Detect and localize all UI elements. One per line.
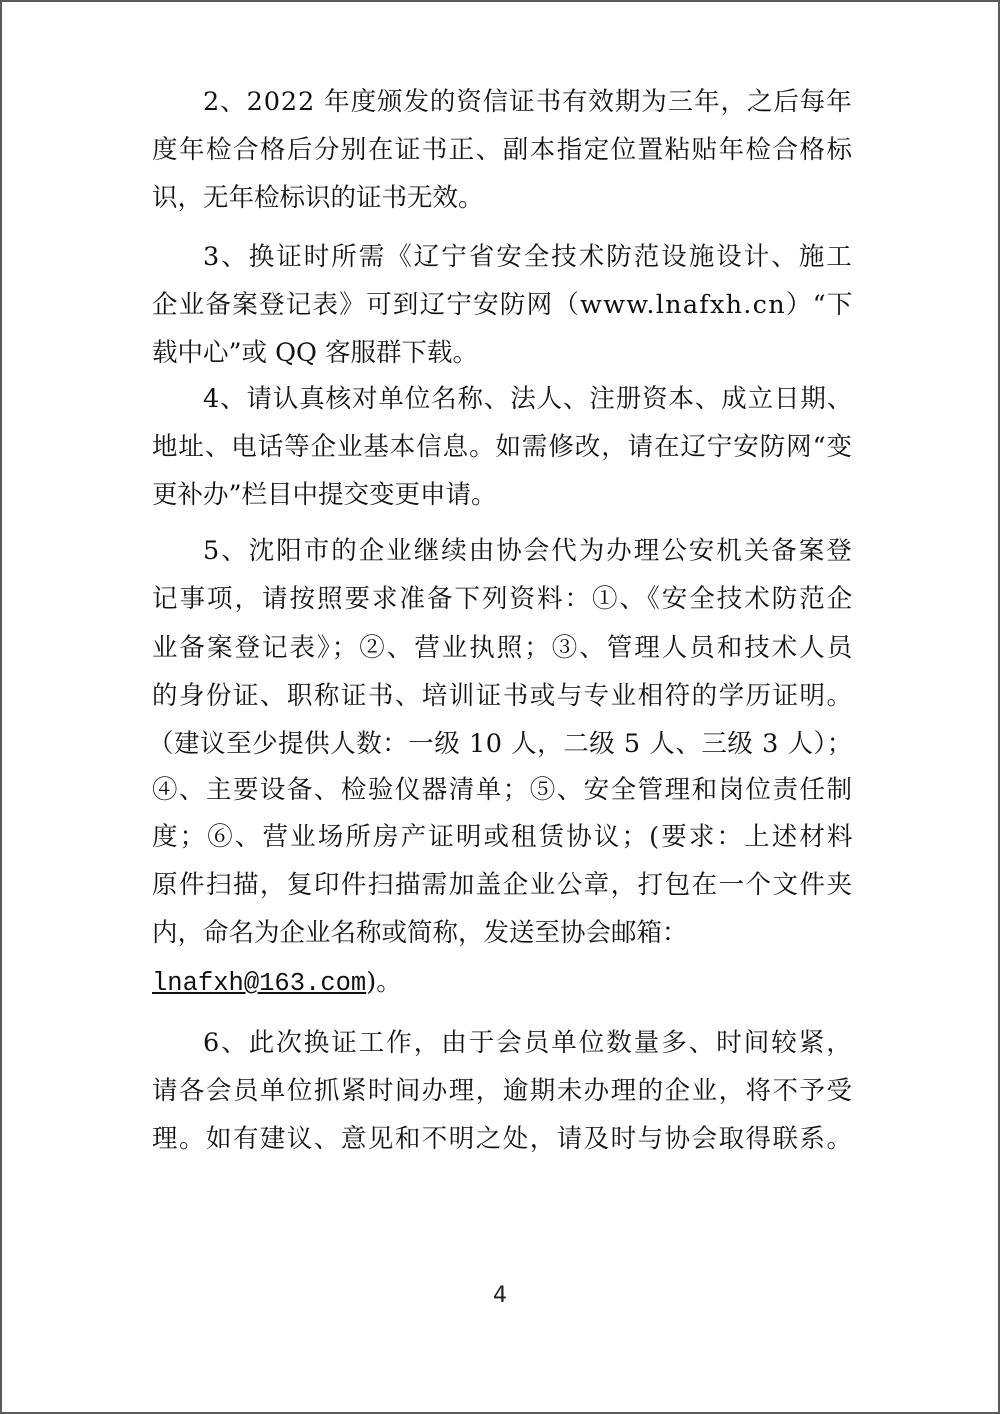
para-6-line-3: 理。如有建议、意见和不明之处，请及时与协会取得联系。 bbox=[152, 1119, 853, 1155]
page-number: 4 bbox=[0, 1283, 1000, 1308]
para-5-line-7: 度；⑥、营业场所房产证明或租赁协议；(要求：上述材料 bbox=[152, 817, 855, 853]
para-5-line-5: （建议至少提供人数：一级 10 人，二级 5 人、三级 3 人）； bbox=[148, 724, 853, 760]
para-5-line-6: ④、主要设备、检验仪器清单；⑤、安全管理和岗位责任制 bbox=[152, 770, 853, 806]
para-3-line-2: 企业备案登记表》可到辽宁安防网（www.lnafxh.cn）“下 bbox=[152, 285, 854, 321]
email-link[interactable]: lnafxh@163.com bbox=[152, 969, 366, 998]
para-5-line-9: 内，命名为企业名称或简称，发送至协会邮箱： bbox=[152, 913, 688, 949]
para-5-line-2: 记事项，请按照要求准备下列资料：①、《安全技术防范企 bbox=[152, 579, 854, 615]
para-5-line-3: 业备案登记表》；②、营业执照；③、管理人员和技术人员 bbox=[152, 628, 854, 664]
para-4-line-1: 4、请认真核对单位名称、法人、注册资本、成立日期、 bbox=[203, 379, 853, 415]
para-5-line-10: lnafxh@163.com)。 bbox=[152, 962, 402, 998]
para-4-line-2: 地址、电话等企业基本信息。如需修改，请在辽宁安防网“变 bbox=[152, 427, 853, 463]
email-suffix: )。 bbox=[366, 967, 401, 997]
para-2-line-3: 识，无年检标识的证书无效。 bbox=[152, 178, 484, 214]
para-5-line-1: 5、沈阳市的企业继续由协会代为办理公安机关备案登 bbox=[203, 531, 854, 567]
para-4-line-3: 更补办”栏目中提交变更申请。 bbox=[152, 475, 497, 511]
para-3-line-3: 载中心”或 QQ 客服群下载。 bbox=[152, 333, 478, 369]
para-6-line-1: 6、此次换证工作，由于会员单位数量多、时间较紧， bbox=[203, 1023, 854, 1059]
para-3-line-1: 3、换证时所需《辽宁省安全技术防范设施设计、施工 bbox=[203, 237, 854, 273]
para-2-line-2: 度年检合格后分别在证书正、副本指定位置粘贴年检合格标 bbox=[152, 130, 853, 166]
para-5-line-8: 原件扫描，复印件扫描需加盖企业公章，打包在一个文件夹 bbox=[152, 865, 853, 901]
para-2-line-1: 2、2022 年度颁发的资信证书有效期为三年，之后每年 bbox=[203, 82, 853, 118]
para-5-line-4: 的身份证、职称证书、培训证书或与专业相符的学历证明。 bbox=[152, 676, 853, 712]
para-6-line-2: 请各会员单位抓紧时间办理，逾期未办理的企业，将不予受 bbox=[152, 1071, 853, 1107]
